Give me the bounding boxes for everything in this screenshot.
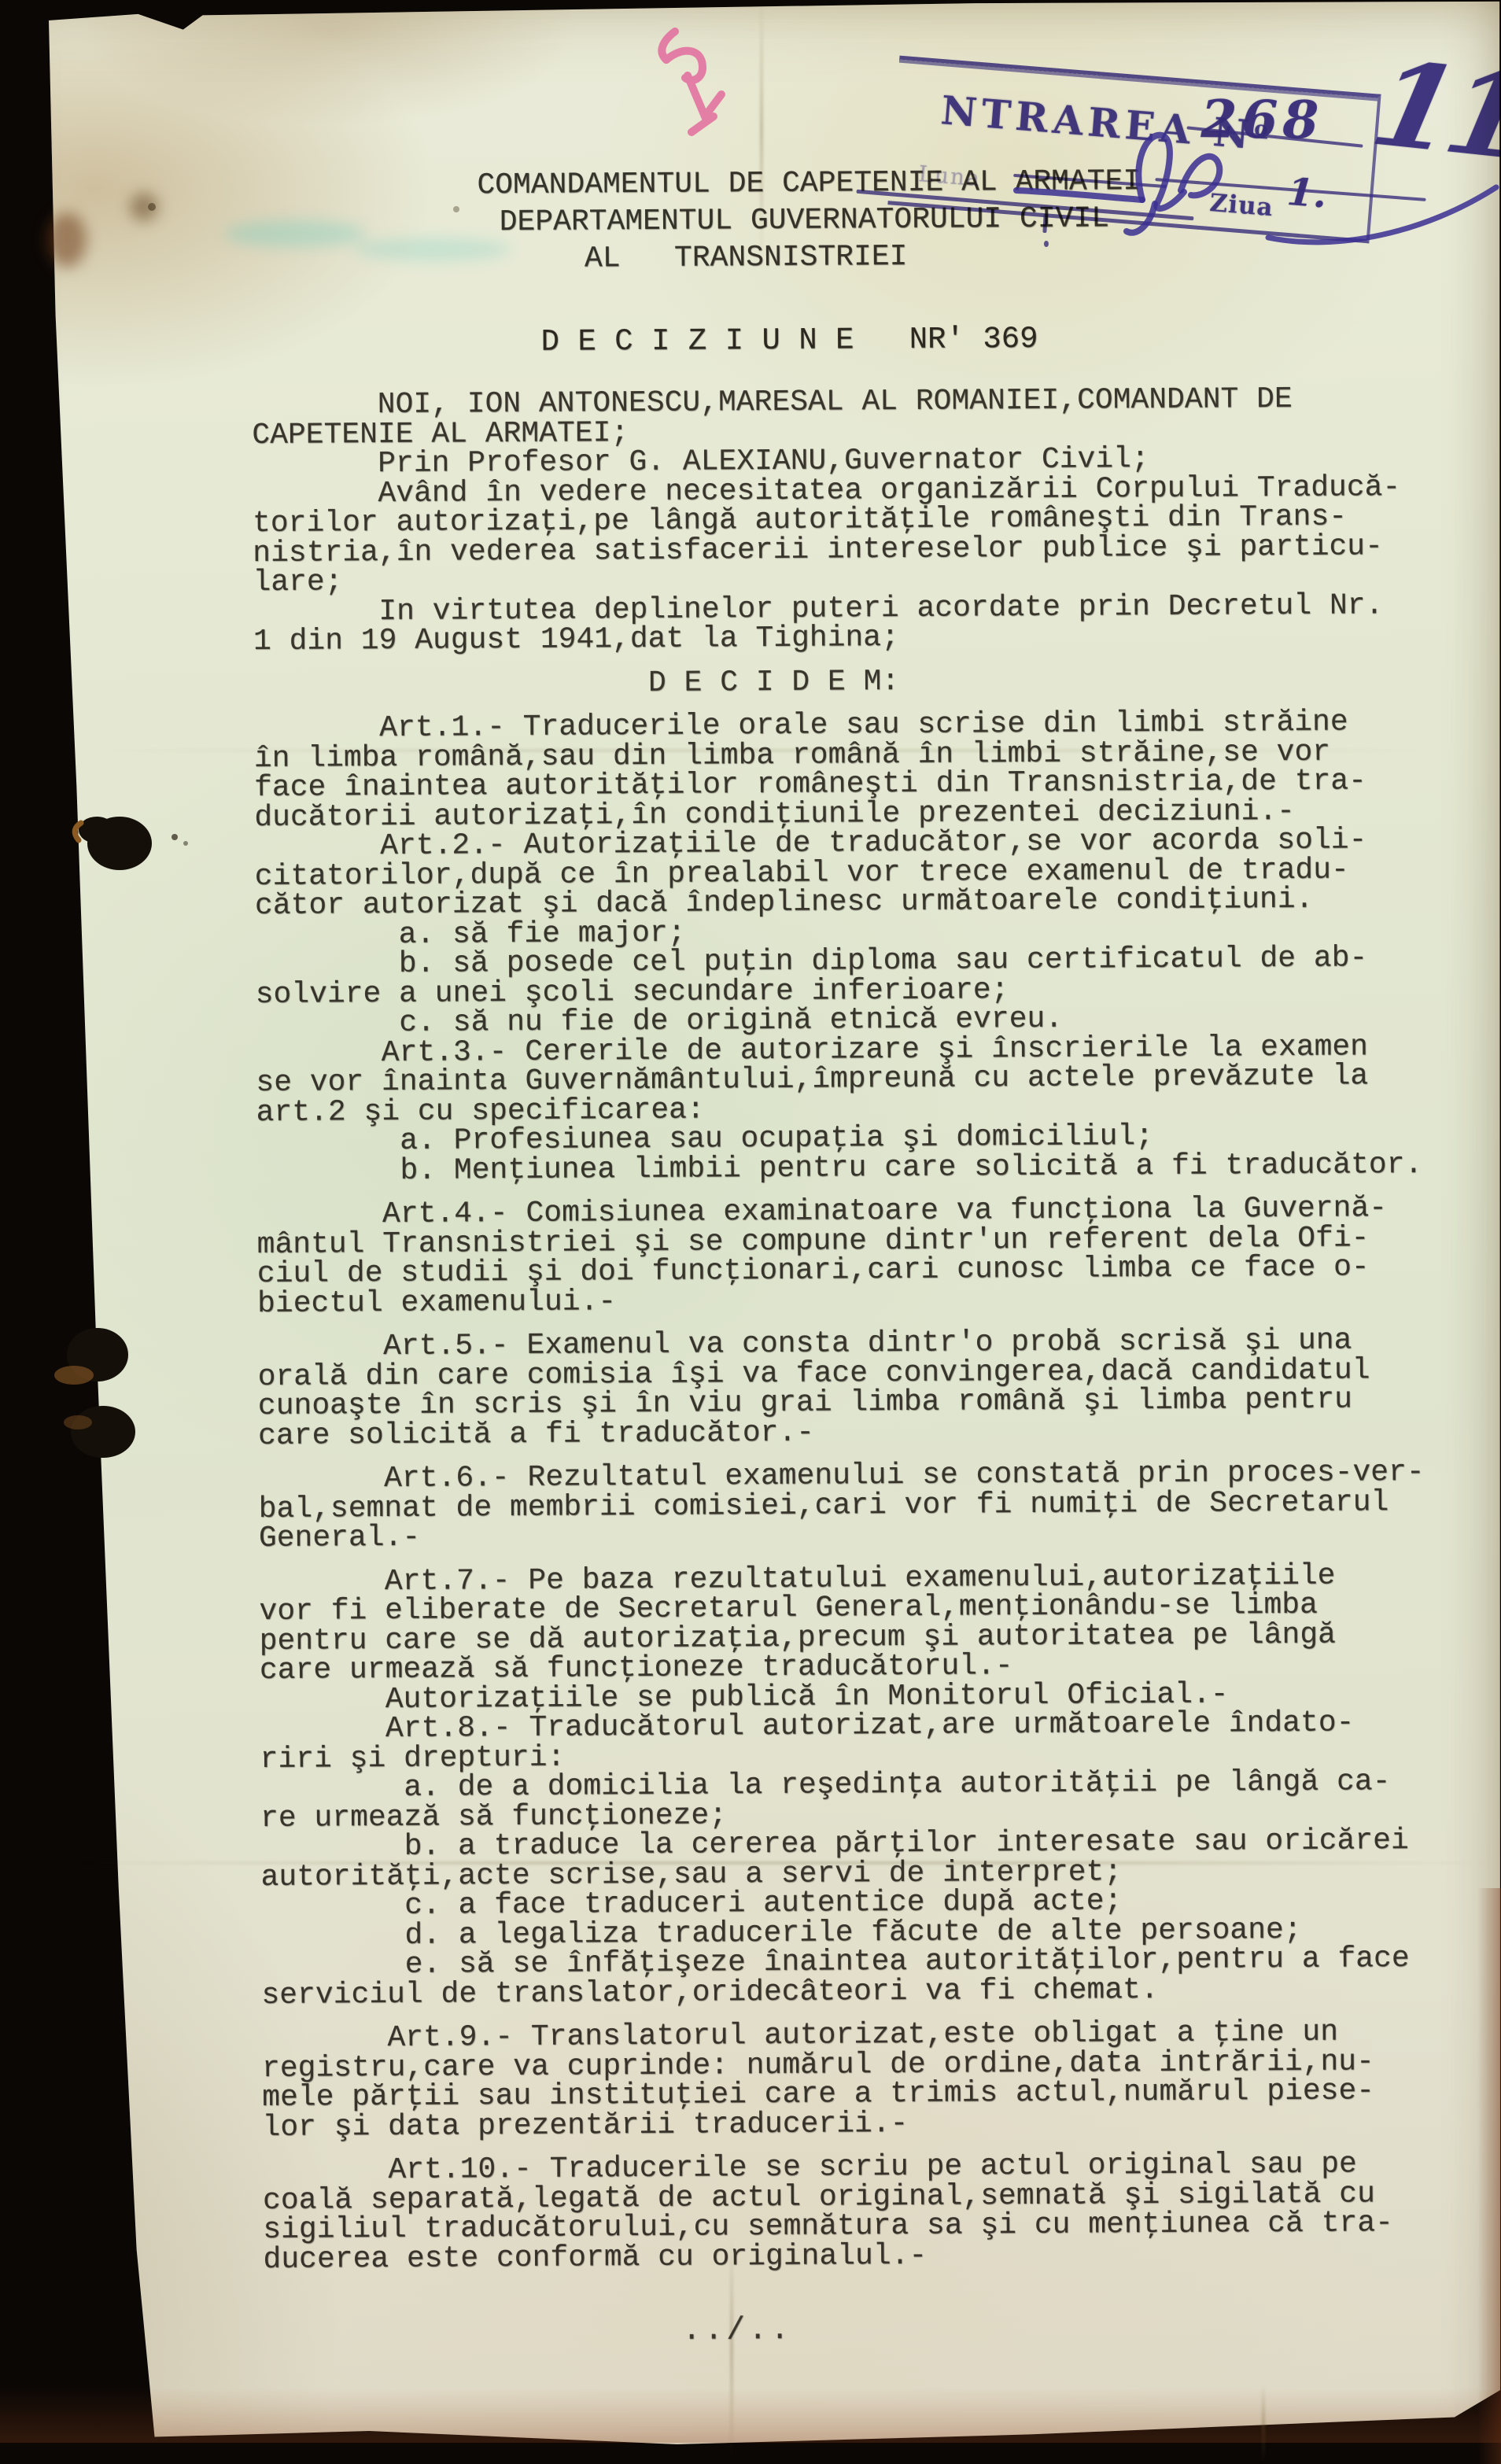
handwritten-flourish [1016,135,1219,233]
ink-blots [67,817,152,1458]
ink-marks-overlay [0,0,1501,2464]
pink-checkmark [662,31,721,132]
photo-of-document: { "document": { "header": { "org_line1":… [0,0,1501,2464]
ink-blot-halos [54,203,522,1429]
page-number-underline [1268,187,1496,242]
